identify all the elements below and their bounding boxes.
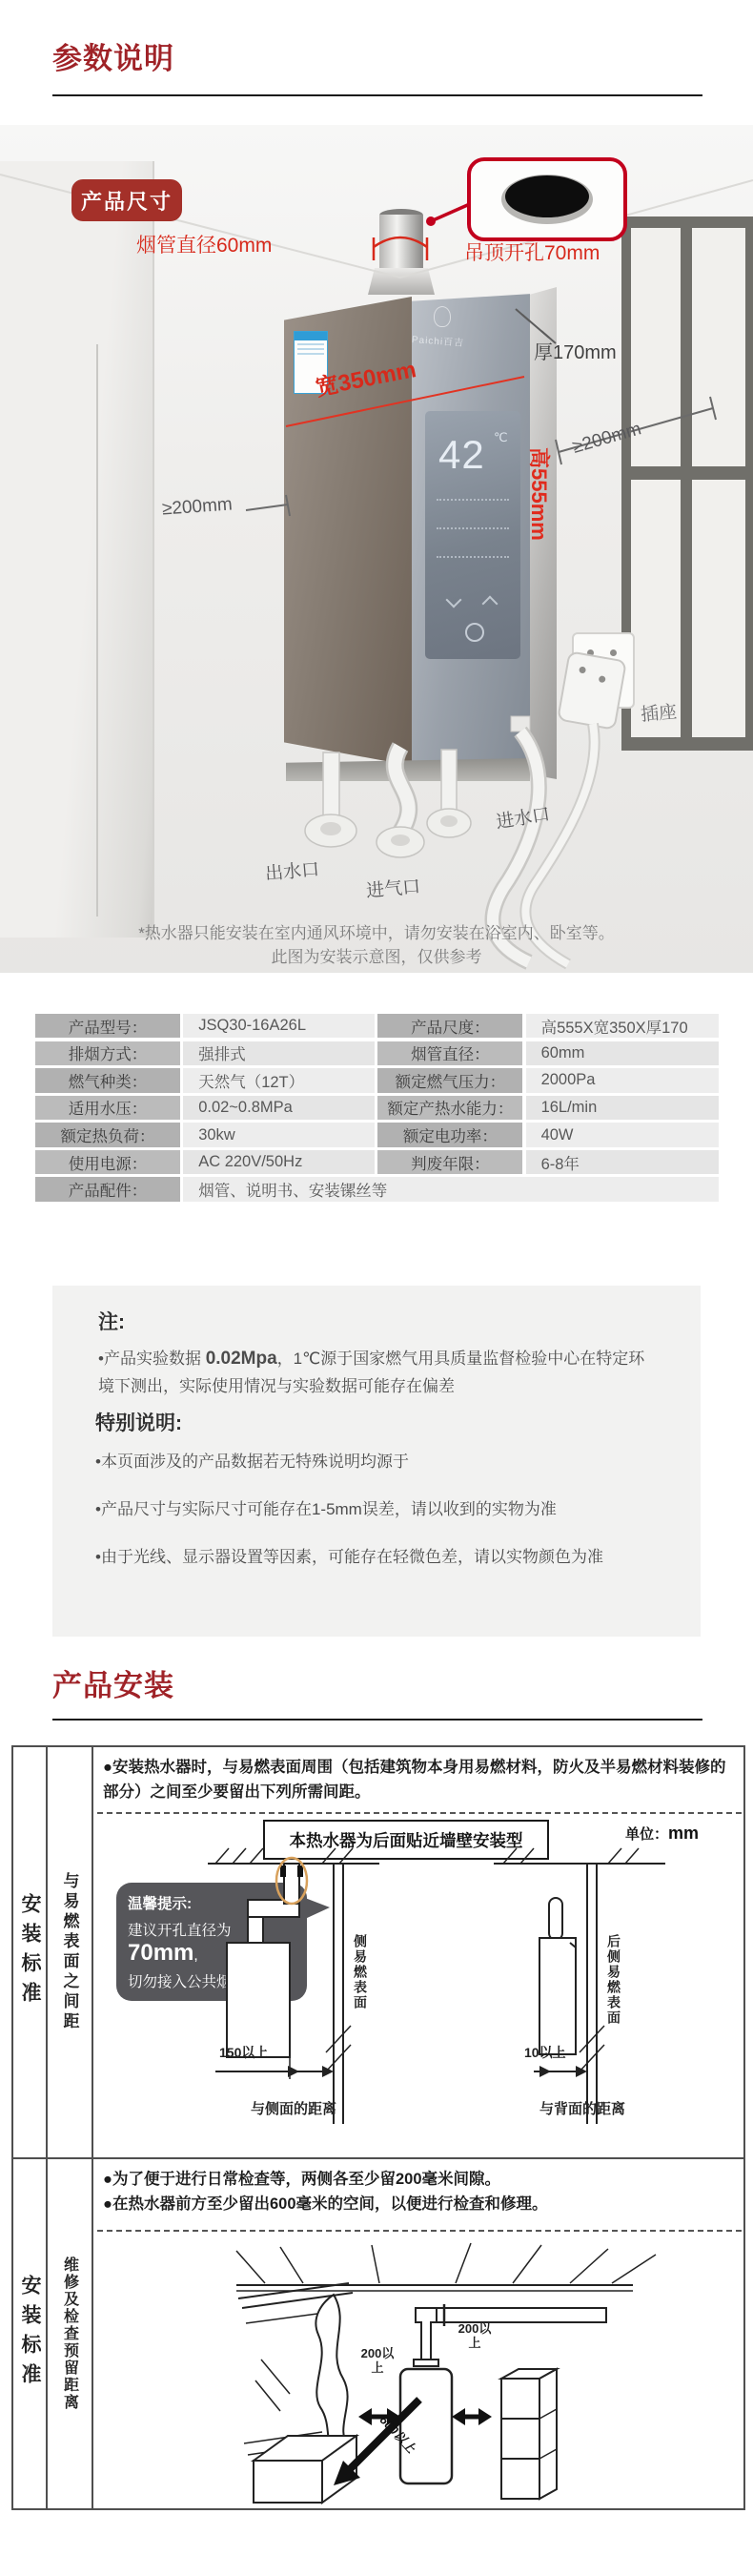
ceiling-hole-label: 吊顶开孔70mm	[464, 237, 600, 266]
dashed-divider	[97, 2230, 742, 2232]
spec-value: 高555X宽350X厚170	[526, 1014, 719, 1038]
spec-label: 额定燃气压力：	[377, 1068, 522, 1092]
spec-value: 16L/min	[526, 1096, 719, 1120]
install-table: 安装标准 与易燃表面之间距 ●安装热水器时，与易燃表面周围（包括建筑物本身用易燃…	[11, 1745, 745, 2510]
spec-label: 额定热负荷：	[35, 1123, 180, 1146]
flue-diameter-label: 烟管直径60mm	[136, 230, 272, 258]
socket-label: 插座	[640, 697, 678, 726]
clearance-left-dim: 200以上	[360, 2346, 395, 2375]
rear-clearance-dim: 10以上	[524, 2043, 566, 2062]
side-wall-label: 侧易燃表面	[351, 1934, 370, 2010]
spec-label: 烟管直径：	[377, 1041, 522, 1065]
spec-table: 产品型号： JSQ30-16A26L 产品尺度： 高555X宽350X厚170 …	[35, 1014, 721, 1202]
install-instruction: ●为了便于进行日常检查等，两侧各至少留200毫米间隙。	[103, 2167, 734, 2192]
spec-value: 烟管、说明书、安装镙丝等	[183, 1177, 718, 1201]
depth-label: 厚170mm	[534, 337, 617, 364]
spec-value: 6-8年	[526, 1150, 719, 1174]
spec-label: 产品型号：	[35, 1014, 180, 1038]
special-note-title: 特别说明:	[95, 1408, 182, 1436]
spec-label: 判废年限：	[377, 1150, 522, 1174]
spec-value: 强排式	[183, 1041, 375, 1065]
spec-value: 0.02~0.8MPa	[183, 1096, 375, 1120]
note-item: •产品实验数据 0.02Mpa，1℃源于国家燃气用具质量监督检验中心在特定环境下…	[98, 1345, 661, 1400]
install-side-header: 安装标准	[15, 2275, 44, 2393]
product-size-badge: 产品尺寸	[71, 179, 182, 221]
page-title-params: 参数说明	[52, 34, 174, 77]
special-note-item: •本页面涉及的产品数据若无特殊说明均源于	[95, 1448, 667, 1475]
install-instruction: ●在热水器前方至少留出600毫米的空间，以便进行检查和修理。	[103, 2192, 734, 2216]
rear-wall-label: 后侧易燃表面	[604, 1934, 623, 2026]
dimension-diagram: Paichi百吉 42 ℃	[0, 125, 753, 973]
page-title-install: 产品安装	[52, 1661, 174, 1704]
install-side-header: 安装标准	[15, 1893, 44, 2011]
note-bold-value: 0.02Mpa	[206, 1349, 277, 1369]
side-diagram-caption: 与侧面的距离	[227, 2098, 360, 2118]
water-outlet-label: 出水口	[264, 855, 320, 886]
side-clearance-dim: 150以上	[219, 2043, 268, 2062]
spec-value: JSQ30-16A26L	[183, 1014, 375, 1038]
notes-block: 注: •产品实验数据 0.02Mpa，1℃源于国家燃气用具质量监督检验中心在特定…	[52, 1286, 701, 1637]
rear-diagram-caption: 与背面的距离	[511, 2098, 654, 2118]
spec-value: 40W	[526, 1123, 719, 1146]
spec-value: 天然气（12T）	[183, 1068, 375, 1092]
clearance-right-dim: 200以上	[458, 2321, 492, 2350]
spec-label: 燃气种类：	[35, 1068, 180, 1092]
clearance-diagrams	[93, 1747, 747, 2157]
note-title: 注:	[98, 1307, 125, 1335]
spec-label: 额定产热水能力：	[377, 1096, 522, 1120]
title-divider	[52, 1719, 702, 1721]
diagram-caption-2: 此图为安装示意图，仅供参考	[0, 943, 753, 967]
gas-inlet-label: 进气口	[365, 873, 421, 903]
spec-label: 排烟方式：	[35, 1041, 180, 1065]
maintenance-diagram	[93, 2236, 747, 2504]
spec-value: 2000Pa	[526, 1068, 719, 1092]
spec-label: 产品配件：	[35, 1177, 180, 1201]
special-note-item: •产品尺寸与实际尺寸可能存在1-5mm误差，请以收到的实物为准	[95, 1495, 667, 1523]
install-row-clearance: 安装标准 与易燃表面之间距 ●安装热水器时，与易燃表面周围（包括建筑物本身用易燃…	[13, 1747, 743, 2159]
special-note-item: •由于光线、显示器设置等因素，可能存在轻微色差，请以实物颜色为准	[95, 1543, 686, 1571]
height-label: 高555mm	[525, 447, 555, 541]
spec-value: 30kw	[183, 1123, 375, 1146]
spec-label: 产品尺度：	[377, 1014, 522, 1038]
spec-label: 使用电源：	[35, 1150, 180, 1174]
diagram-caption-1: *热水器只能安装在室内通风环境中，请勿安装在浴室内、卧室等。	[0, 919, 753, 943]
spec-label: 适用水压：	[35, 1096, 180, 1120]
ceiling-hole-callout	[467, 157, 627, 241]
title-divider	[52, 94, 702, 96]
spec-label: 额定电功率：	[377, 1123, 522, 1146]
annotation-lines	[0, 125, 753, 973]
install-category-header: 与易燃表面之间距	[58, 1872, 82, 2032]
ceiling-hole-graphic	[501, 175, 593, 224]
spec-value: AC 220V/50Hz	[183, 1150, 375, 1174]
install-row-maintenance: 安装标准 维修及检查预留距离 ●为了便于进行日常检查等，两侧各至少留200毫米间…	[13, 2159, 743, 2508]
install-category-header: 维修及检查预留距离	[59, 2257, 81, 2411]
spec-value: 60mm	[526, 1041, 719, 1065]
product-detail-page: 参数说明 Paichi百吉 42 ℃	[0, 0, 753, 2576]
